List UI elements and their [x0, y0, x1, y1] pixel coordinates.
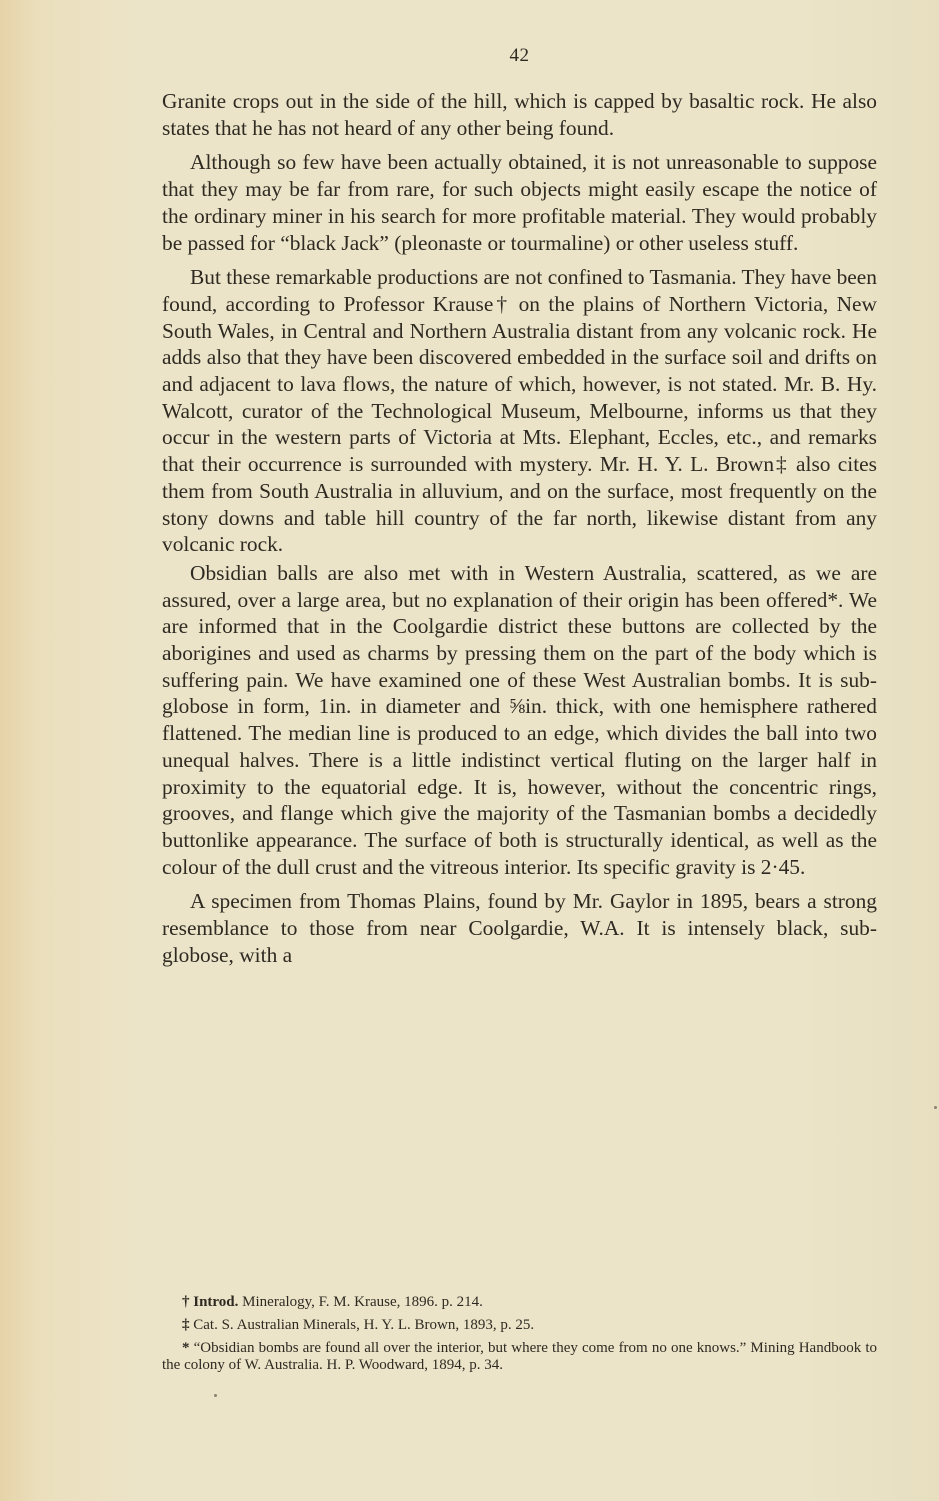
paragraph-thomas-plains-specimen: A specimen from Thomas Plains, found by …: [162, 888, 877, 968]
footnote-text: “Obsidian bombs are found all over the i…: [162, 1340, 877, 1373]
page-number: 42: [162, 45, 877, 67]
footnotes: † Introd. Mineralogy, F. M. Krause, 1896…: [162, 1294, 877, 1374]
paragraph-not-confined-to-tasmania: But these remarkable productions are not…: [162, 264, 877, 558]
body-text: Granite crops out in the side of the hil…: [162, 88, 877, 977]
footnote-lead: Introd.: [193, 1294, 238, 1310]
footnote-mark: †: [182, 1294, 190, 1310]
footnote-mark: *: [182, 1340, 190, 1356]
footnote-asterisk: * “Obsidian bombs are found all over the…: [162, 1340, 877, 1374]
footnote-double-dagger: ‡ Cat. S. Australian Minerals, H. Y. L. …: [162, 1317, 877, 1334]
footnote-text: Mineralogy, F. M. Krause, 1896. p. 214.: [238, 1294, 482, 1310]
footnote-mark: ‡: [182, 1317, 190, 1333]
footnote-dagger: † Introd. Mineralogy, F. M. Krause, 1896…: [162, 1294, 877, 1311]
paragraph-western-australia-obsidian: Obsidian balls are also met with in West…: [162, 560, 877, 880]
paragraph-granite-continuation: Granite crops out in the side of the hil…: [162, 88, 877, 141]
footnote-text: Cat. S. Australian Minerals, H. Y. L. Br…: [193, 1317, 534, 1333]
scan-speck: [934, 1106, 937, 1109]
paragraph-few-obtained: Although so few have been actually obtai…: [162, 149, 877, 256]
scan-speck: [214, 1394, 217, 1397]
